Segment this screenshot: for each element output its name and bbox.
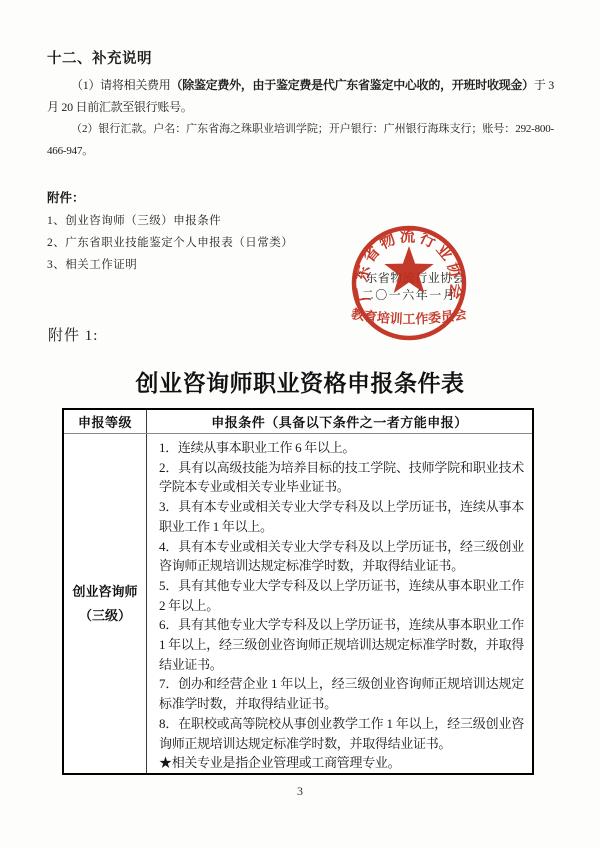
level-name: 创业咨询师 [72, 580, 137, 604]
fee-paragraph: （1）请将相关费用（除鉴定费外，由于鉴定费是代广东省鉴定中心收的，开班时收现金）… [47, 74, 554, 118]
bank-paragraph: （2）银行汇款。户名：广东省海之珠职业培训学院；开户银行：广州银行海珠支行；账号… [47, 118, 554, 162]
level-grade: （三级） [79, 604, 131, 628]
condition-item: 2．具有以高级技能为培养目标的技工学院、技师学院和职业技术学院本专业或相关专业毕… [159, 458, 524, 497]
svg-text:教育培训工作委员会: 教育培训工作委员会 [349, 306, 467, 327]
conditions-note: ★相关专业是指企业管理或工商管理专业。 [159, 753, 524, 773]
table-title: 创业咨询师职业资格申报条件表 [0, 365, 600, 398]
attachment1-label: 附件 1: [48, 324, 98, 345]
stamp-bottom-text: 教育培训工作委员会 [349, 306, 467, 327]
conditions-table: 申报等级 申报条件（具备以下条件之一者方能申报） 创业咨询师 （三级） 1．连续… [62, 408, 534, 775]
fee-paragraph-bold-note: （除鉴定费外，由于鉴定费是代广东省鉴定中心收的，开班时收现金） [171, 78, 534, 92]
condition-item: 3．具有本专业或相关专业大学专科及以上学历证书，连续从事本职业工作 1 年以上。 [159, 497, 524, 536]
condition-item: 7．创办和经营企业 1 年以上，经三级创业咨询师正规培训达规定标准学时数，并取得… [159, 674, 524, 713]
condition-item: 1．连续从事本职业工作 6 年以上。 [159, 438, 524, 458]
page-number: 3 [0, 784, 600, 799]
header-cell-level: 申报等级 [64, 410, 147, 433]
fee-paragraph-lead: （1）请将相关费用 [71, 78, 171, 92]
condition-item: 8．在职校或高等院校从事创业教学工作 1 年以上，经三级创业咨询师正规培训达规定… [159, 714, 524, 753]
condition-item: 4．具有本专业或相关专业大学专科及以上学历证书，经三级创业咨询师正规培训达规定标… [159, 537, 524, 576]
official-seal-stamp: 广东省物流行业协会 教育培训工作委员会 [334, 208, 484, 358]
header-conditions-label: 申报条件（具备以下条件之一者方能申报） [211, 412, 468, 431]
attachments-heading: 附件： [47, 187, 554, 210]
section-heading: 十二、补充说明 [47, 48, 554, 70]
level-cell: 创业咨询师 （三级） [64, 434, 147, 773]
document-page: 十二、补充说明 （1）请将相关费用（除鉴定费外，由于鉴定费是代广东省鉴定中心收的… [0, 0, 600, 848]
table-header-row: 申报等级 申报条件（具备以下条件之一者方能申报） [64, 410, 532, 434]
header-cell-conditions: 申报条件（具备以下条件之一者方能申报） [147, 410, 532, 433]
star-icon [384, 246, 433, 293]
header-level-label: 申报等级 [78, 412, 132, 431]
condition-item: 5．具有其他专业大学专科及以上学历证书，连续从事本职业工作 2 年以上。 [159, 576, 524, 615]
conditions-cell: 1．连续从事本职业工作 6 年以上。 2．具有以高级技能为培养目标的技工学院、技… [147, 434, 532, 773]
condition-item: 6．具有其他专业大学专科及以上学历证书，连续从事本职业工作 1 年以上，经三级创… [159, 615, 524, 674]
table-body-row: 创业咨询师 （三级） 1．连续从事本职业工作 6 年以上。 2．具有以高级技能为… [64, 434, 532, 773]
